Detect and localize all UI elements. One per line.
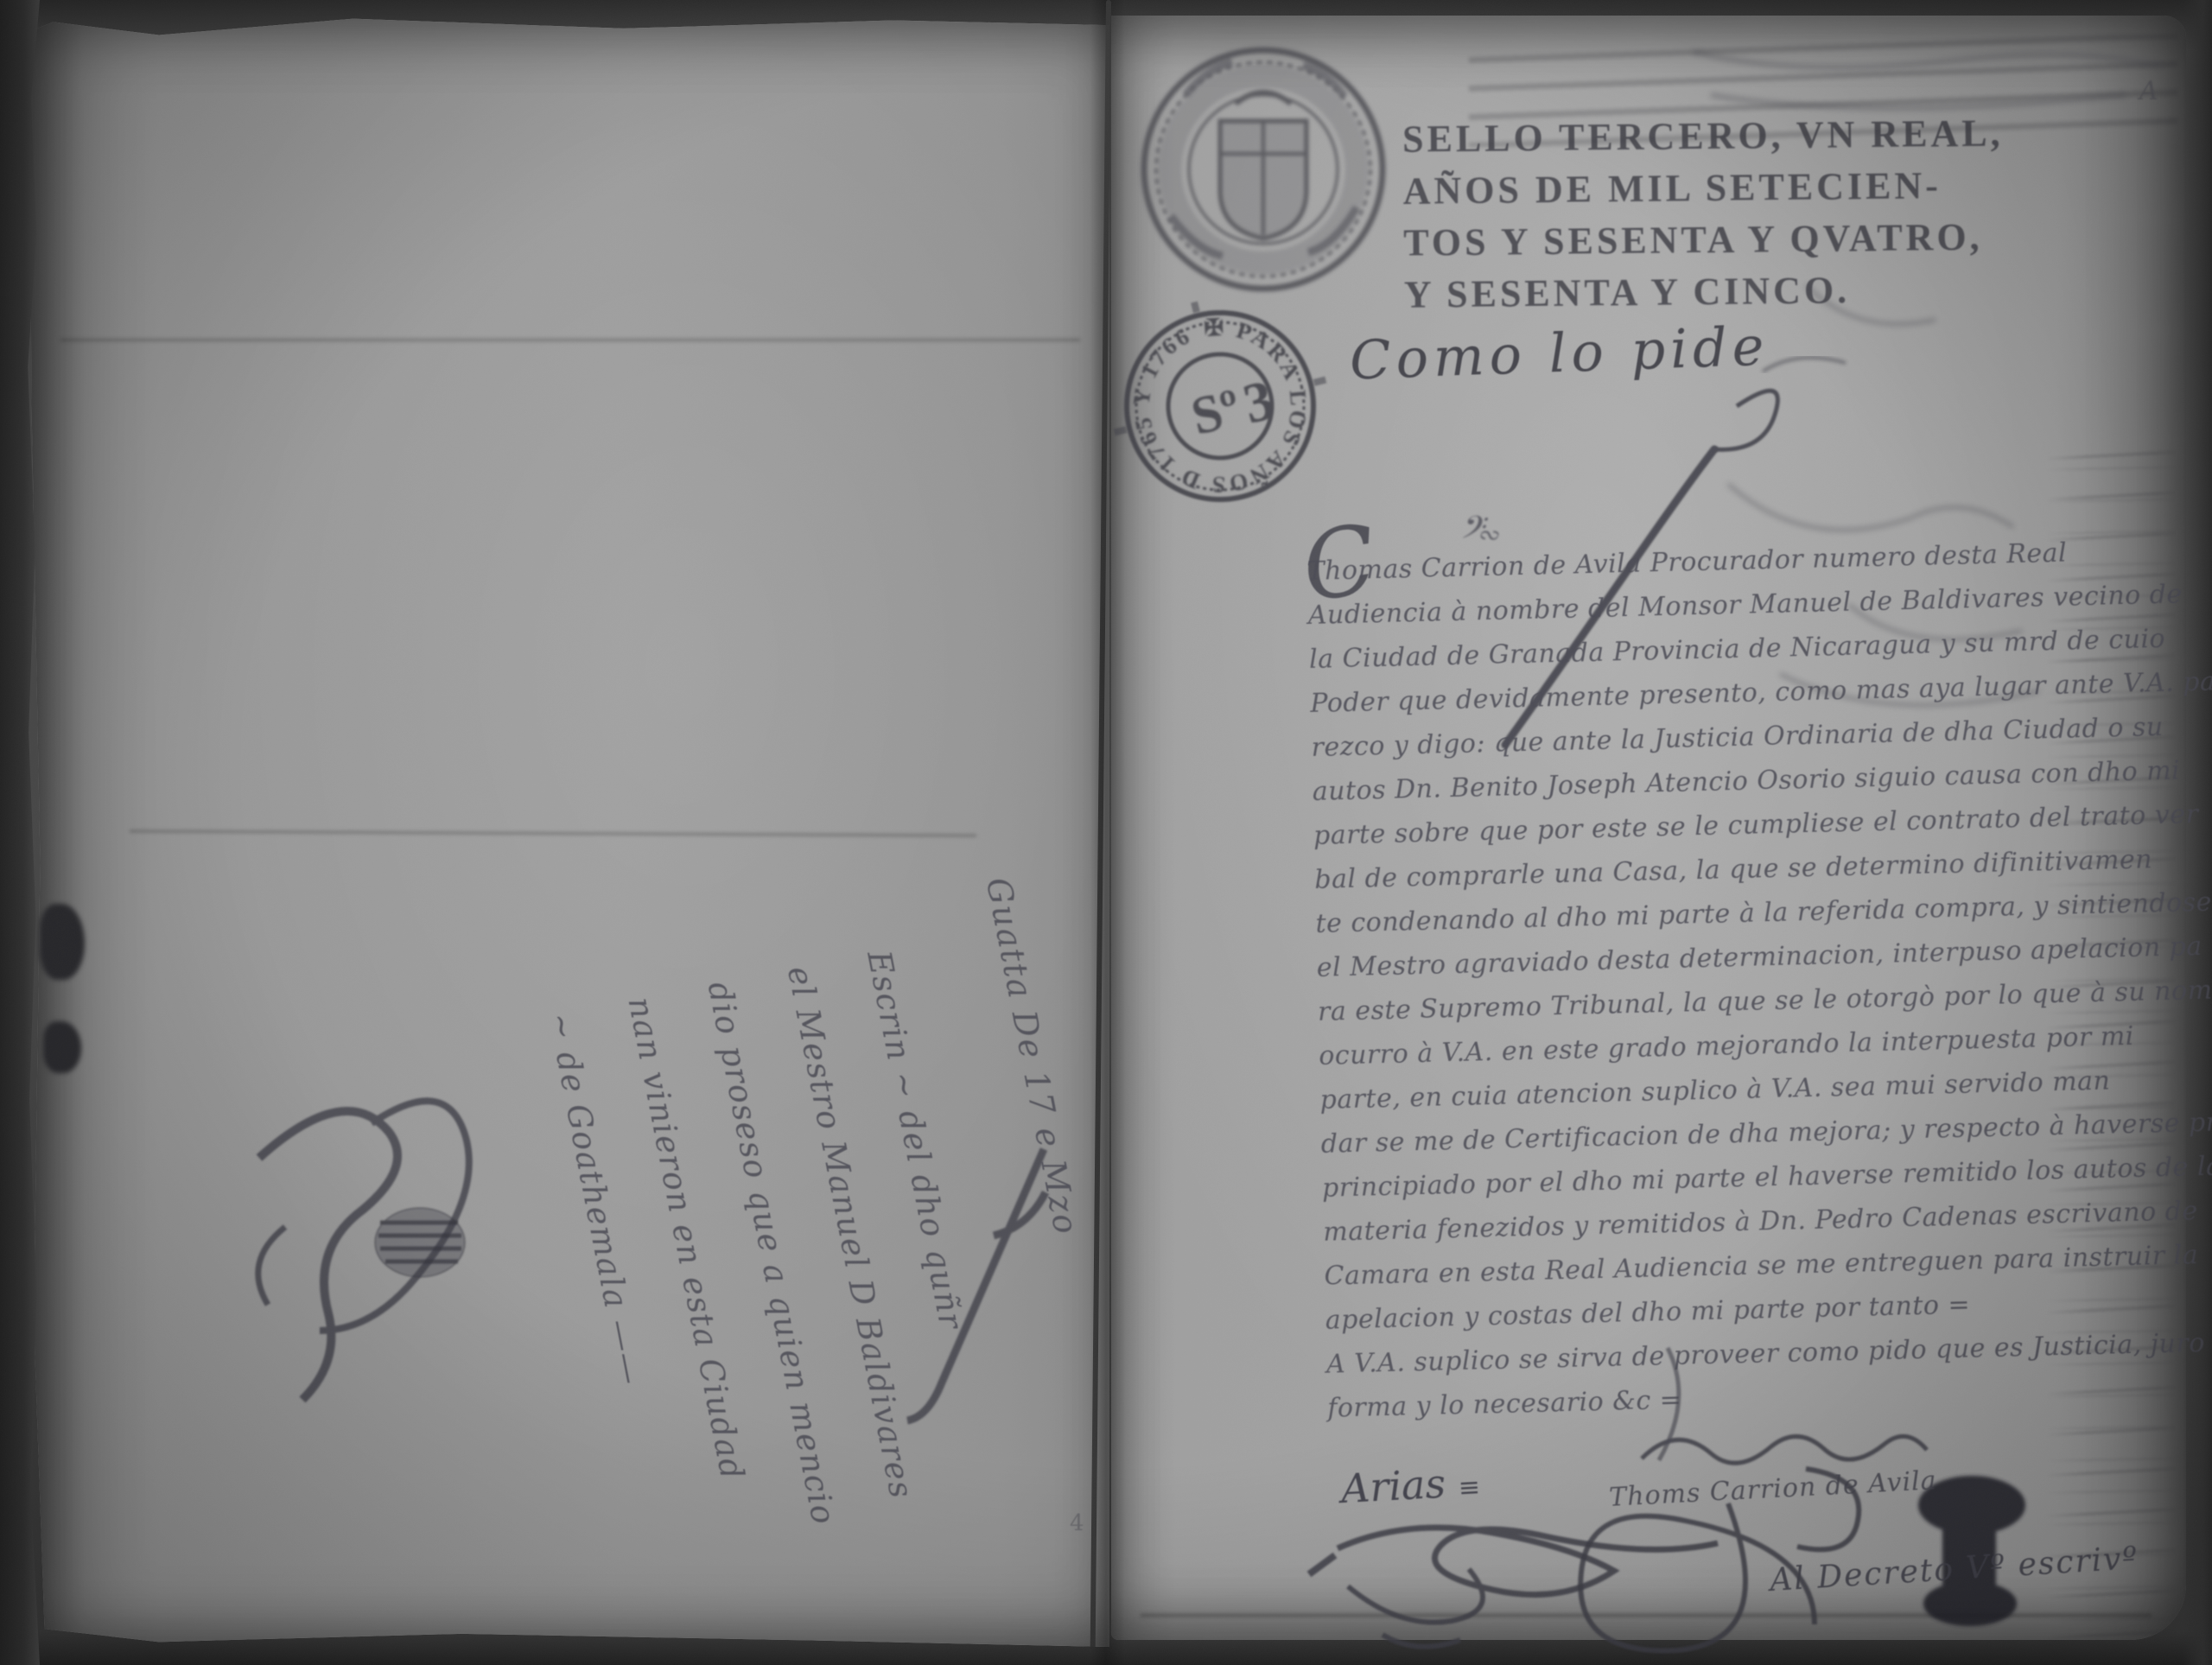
- signature-arias: Arias ≡: [1340, 1458, 1479, 1512]
- petition-body: Thomas Carrion de Avila Procurador numer…: [1306, 529, 2192, 1431]
- stamped-paper-heading: SELLO TERCERO, VN REAL, AÑOS DE MIL SETE…: [1402, 107, 1992, 321]
- stamp-line: SELLO TERCERO, VN REAL,: [1402, 107, 1991, 165]
- royal-arms-seal: [1144, 50, 1382, 289]
- folio-number: 4: [1070, 1510, 1084, 1536]
- manuscript-photograph: ✠ PARA LOS AÑOS D 1765 Y 1766 Sº 3: [0, 0, 2212, 1665]
- arias-rubric: [1309, 1528, 1718, 1647]
- stamp-line: AÑOS DE MIL SETECIEN-: [1402, 159, 1991, 217]
- margin-letter-a: A: [2139, 76, 2158, 106]
- seal-center-s: Sº: [1185, 378, 1246, 447]
- stamp-line: Y SESENTA Y CINCO.: [1404, 263, 1993, 321]
- stamp-line: TOS Y SESENTA Y QVATRO,: [1403, 211, 1992, 269]
- signature-mark: ≡: [1458, 1472, 1479, 1503]
- paraph-hatched-blob: [375, 1208, 465, 1277]
- revalidation-seal: ✠ PARA LOS AÑOS D 1765 Y 1766 Sº 3: [1089, 276, 1349, 523]
